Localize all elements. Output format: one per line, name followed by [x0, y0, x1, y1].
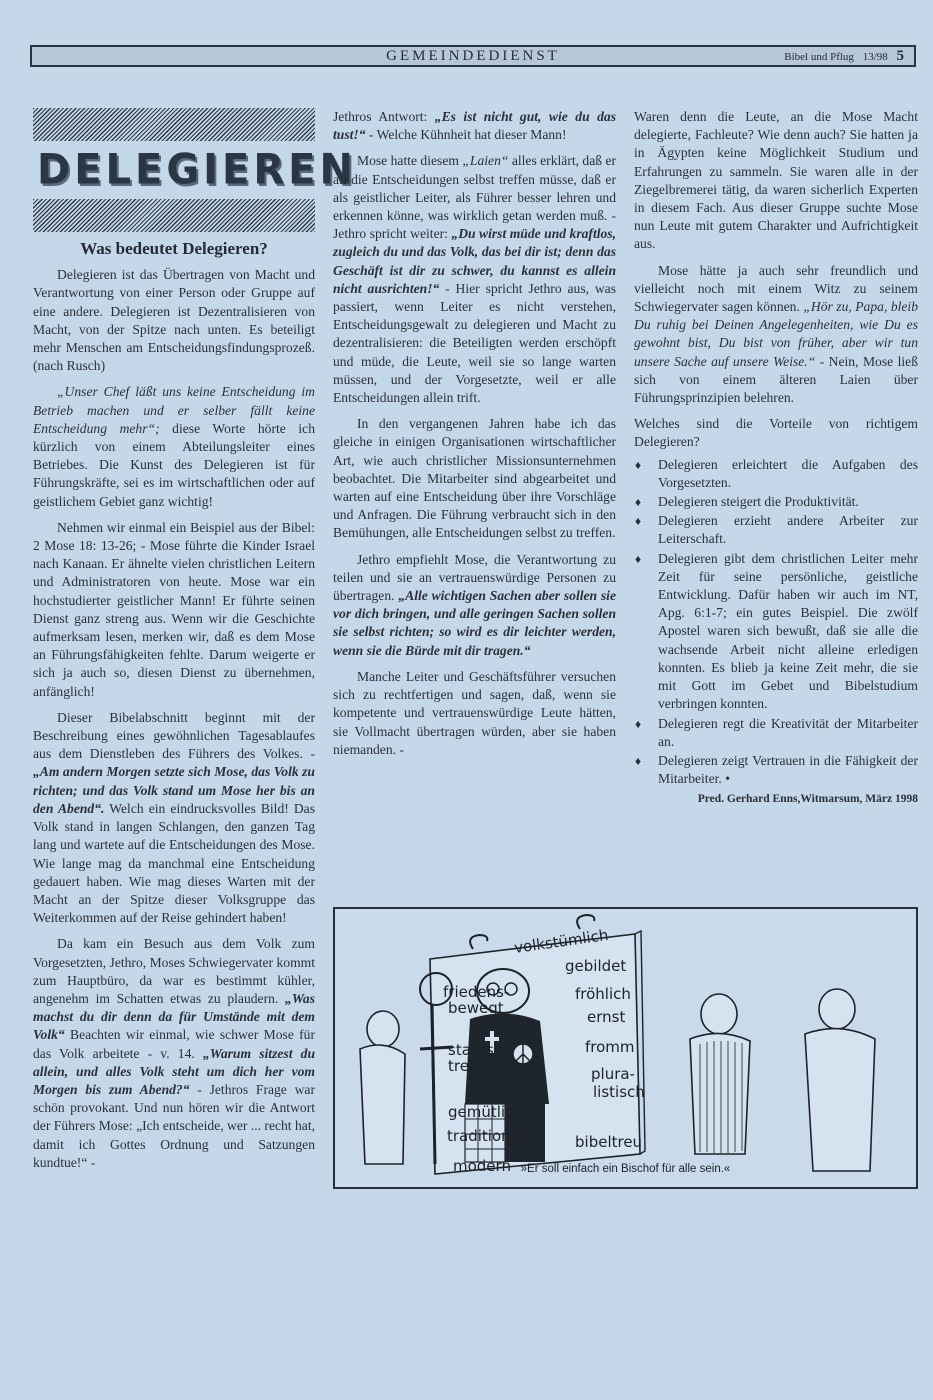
publication-name: Bibel und Pflug [784, 51, 854, 63]
column-2: Jethros Antwort: „Es ist nicht gut, wie … [333, 108, 616, 767]
paragraph: Welches sind die Vorteile von richtigem … [634, 415, 918, 451]
observer-right-icon [819, 989, 855, 1029]
paragraph: In den vergangenen Jahren habe ich das g… [333, 415, 616, 542]
advantages-list: ♦Delegieren erleichtert die Aufgaben des… [634, 456, 918, 789]
paragraph: „Unser Chef läßt uns keine Entscheidung … [33, 383, 315, 510]
list-item: ♦Delegieren regt die Kreativität der Mit… [634, 715, 918, 751]
diamond-bullet-icon: ♦ [635, 456, 641, 474]
label-fromm: fromm [585, 1038, 635, 1056]
paragraph: Waren denn die Leute, an die Mose Macht … [634, 108, 918, 254]
paragraph-text: Da kam ein Besuch aus dem Volk zum Vorge… [33, 936, 315, 1006]
paragraph: Manche Leiter und Geschäftsführer versuc… [333, 668, 616, 759]
list-item: ♦Delegieren steigert die Produktivität. [634, 493, 918, 511]
cartoon-caption: »Er soll einfach ein Bischof für alle se… [335, 1163, 916, 1175]
publication-info: Bibel und Pflug 13/98 5 [784, 48, 904, 65]
label-plura: plura- [591, 1065, 635, 1083]
paragraph: Da kam ein Besuch aus dem Volk zum Vorge… [33, 935, 315, 1172]
list-item-text: Delegieren gibt dem christlichen Leiter … [658, 551, 918, 712]
list-item-text: Delegieren steigert die Produktivität. [658, 494, 859, 509]
column-3: Waren denn die Leute, an die Mose Macht … [634, 108, 918, 809]
list-item-text: Delegieren zeigt Vertrauen in die Fähigk… [658, 753, 918, 786]
paragraph: Jethros Antwort: „Es ist nicht gut, wie … [333, 108, 616, 144]
paragraph: Mose hätte ja auch sehr freundlich und v… [634, 262, 918, 408]
list-item-text: Delegieren erleichtert die Aufgaben des … [658, 457, 918, 490]
list-item: ♦Delegieren erzieht andere Arbeiter zur … [634, 512, 918, 548]
section-title: GEMEINDEDIENST [32, 48, 914, 65]
author-byline: Pred. Gerhard Enns,Witmarsum, März 1998 [634, 790, 918, 808]
page-number: 5 [897, 48, 905, 64]
label-gebildet: gebildet [565, 957, 626, 975]
label-listisch: listisch [593, 1083, 645, 1101]
paragraph: Delegieren ist das Übertragen von Macht … [33, 266, 315, 375]
paragraph: Jethro empfiehlt Mose, die Verantwortung… [333, 551, 616, 660]
list-item-text: Delegieren regt die Kreativität der Mita… [658, 716, 918, 749]
banner-hatch-top [33, 108, 315, 141]
label-ernst: ernst [587, 1008, 625, 1026]
list-item: ♦Delegieren zeigt Vertrauen in die Fähig… [634, 752, 918, 788]
paragraph: Mose hatte diesem „Laien“ alles erklärt,… [333, 152, 616, 407]
paragraph-text: Jethros Antwort: [333, 109, 435, 124]
label-bibeltreu: bibeltreu [575, 1133, 642, 1151]
column-1: DELEGIEREN Was bedeutet Delegieren? Dele… [33, 108, 315, 1180]
issue-number: 13/98 [863, 51, 888, 63]
paragraph-text: - Welche Kühnheit hat dieser Mann! [366, 127, 567, 142]
paragraph-text: - Hier spricht Jethro aus, was passiert,… [333, 281, 616, 405]
paragraph-text: Welch ein eindrucksvolles Bild! Das Volk… [33, 801, 315, 925]
list-item-text: Delegieren erzieht andere Arbeiter zur L… [658, 513, 918, 546]
paragraph-text: Mose hatte diesem [357, 153, 462, 168]
paragraph: Dieser Bibelabschnitt beginnt mit der Be… [33, 709, 315, 927]
article-subheading: Was bedeutet Delegieren? [33, 240, 315, 258]
salesman-icon [701, 994, 737, 1034]
label-bewegt: bewegt [448, 999, 504, 1017]
banner-hatch-bottom [33, 199, 315, 232]
diamond-bullet-icon: ♦ [635, 512, 641, 530]
diamond-bullet-icon: ♦ [635, 550, 641, 568]
observer-left-icon [367, 1011, 399, 1047]
label-traditionell: traditionell [447, 1127, 528, 1145]
cartoon-illustration: volkstümlich gebildet friedens- bewegt f… [333, 907, 918, 1189]
label-treu: treu [448, 1057, 478, 1075]
paragraph-text: Dieser Bibelabschnitt beginnt mit der Be… [33, 710, 315, 761]
label-froehlich: fröhlich [575, 985, 631, 1003]
label-gemuetlich: gemütlich [448, 1103, 523, 1121]
diamond-bullet-icon: ♦ [635, 493, 641, 511]
list-item: ♦Delegieren erleichtert die Aufgaben des… [634, 456, 918, 492]
paragraph: Nehmen wir einmal ein Beispiel aus der B… [33, 519, 315, 701]
list-item: ♦Delegieren gibt dem christlichen Leiter… [634, 550, 918, 714]
quote: „Laien“ [462, 153, 508, 168]
diamond-bullet-icon: ♦ [635, 715, 641, 733]
cartoon-drawing: volkstümlich gebildet friedens- bewegt f… [335, 909, 916, 1187]
page-header-bar: GEMEINDEDIENST Bibel und Pflug 13/98 5 [30, 45, 916, 67]
article-title: DELEGIEREN [33, 140, 315, 201]
diamond-bullet-icon: ♦ [635, 752, 641, 770]
